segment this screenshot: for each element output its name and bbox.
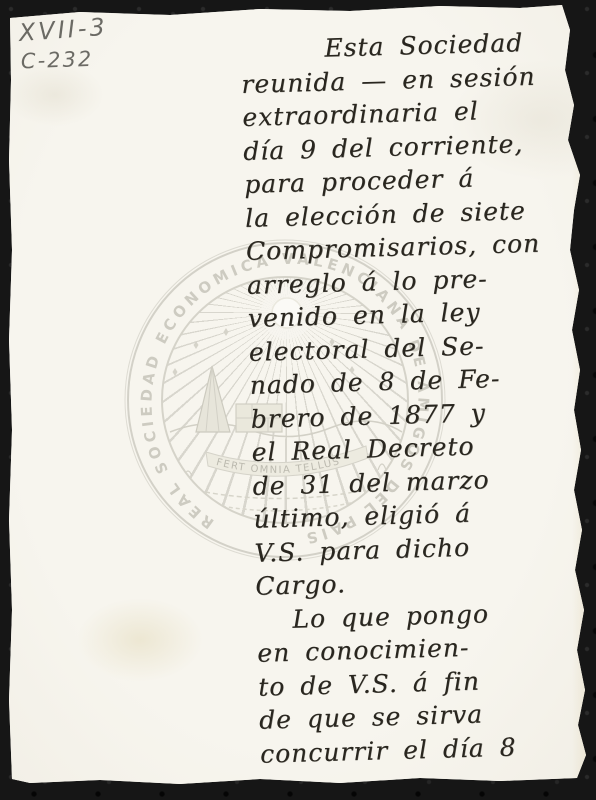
archival-mark-2: C-232 — [20, 46, 110, 73]
archival-mark-1: XVII-3 — [18, 14, 109, 48]
document-page: FERT OMNIA TELLUS REAL SOCIEDAD ECONOMIC… — [0, 0, 596, 800]
manuscript-text: Esta Sociedad reunida — en sesión extrao… — [240, 24, 596, 770]
scan-background: FERT OMNIA TELLUS REAL SOCIEDAD ECONOMIC… — [0, 0, 596, 800]
archival-marks: XVII-3 C-232 — [18, 14, 111, 75]
